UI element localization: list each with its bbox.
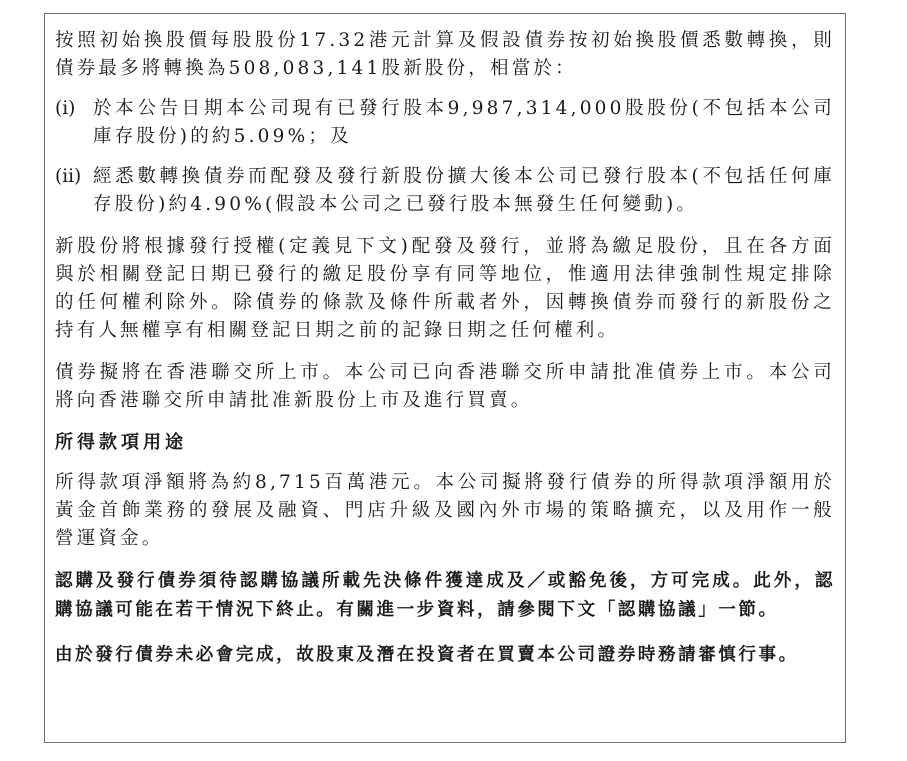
list-marker: (i) [55, 95, 75, 123]
list-item-percentage-enlarged: (ii) 經悉數轉換債券而配發及發行新股份擴大後本公司已發行股本(不包括任何庫存… [55, 163, 835, 219]
list-marker: (ii) [55, 163, 81, 191]
list-item-text: 經悉數轉換債券而配發及發行新股份擴大後本公司已發行股本(不包括任何庫存股份)約4… [93, 166, 835, 215]
announcement-box: 按照初始換股價每股股份17.32港元計算及假設債券按初始換股價悉數轉換，則債券最… [44, 13, 846, 743]
use-of-proceeds-heading: 所得款項用途 [55, 429, 835, 457]
announcement-content: 按照初始換股價每股股份17.32港元計算及假設債券按初始換股價悉數轉換，則債券最… [55, 27, 835, 670]
list-item-text: 於本公告日期本公司現有已發行股本9,987,314,000股股份(不包括本公司庫… [93, 98, 835, 147]
conversion-intro-paragraph: 按照初始換股價每股股份17.32港元計算及假設債券按初始換股價悉數轉換，則債券最… [55, 27, 835, 83]
list-item-percentage-existing: (i) 於本公告日期本公司現有已發行股本9,987,314,000股股份(不包括… [55, 95, 835, 151]
new-shares-paragraph: 新股份將根據發行授權(定義見下文)配發及發行，並將為繳足股份，且在各方面與於相關… [55, 233, 835, 345]
caution-warning-paragraph: 由於發行債券未必會完成，故股東及潛在投資者在買賣本公司證券時務請審慎行事。 [55, 641, 835, 670]
listing-paragraph: 債券擬將在香港聯交所上市。本公司已向香港聯交所申請批准債券上市。本公司將向香港聯… [55, 359, 835, 415]
completion-warning-paragraph: 認購及發行債券須待認購協議所載先決條件獲達成及／或豁免後，方可完成。此外，認購協… [55, 567, 835, 625]
proceeds-paragraph: 所得款項淨額將為約8,715百萬港元。本公司擬將發行債券的所得款項淨額用於黃金首… [55, 469, 835, 553]
